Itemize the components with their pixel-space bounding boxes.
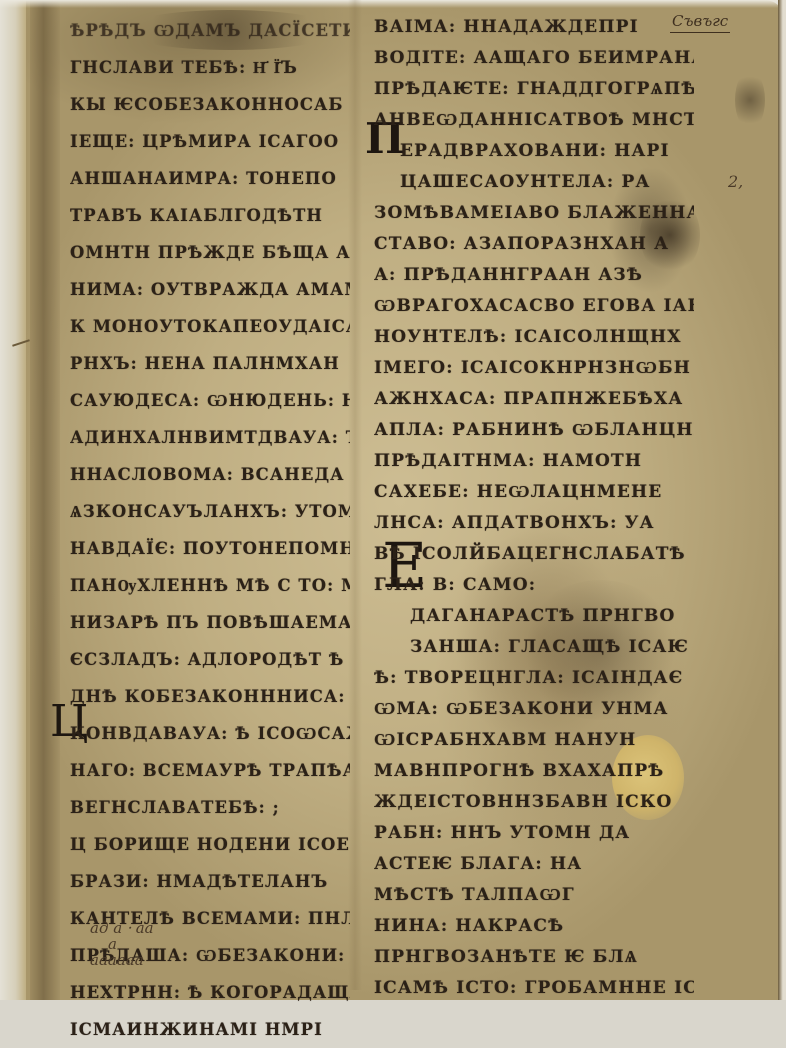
text-line: вѣ ісолйбацегнслабатѣ: [374, 539, 694, 570]
text-line: адинхалнвимтдвауа: то: [70, 419, 350, 456]
text-line: ѧзконсауъланхъ: утомі: [70, 493, 350, 530]
text-line: ісамѣ істо: гробамнне ісо: [374, 973, 694, 1000]
scribble-line: ад а ⸱ аа: [90, 920, 154, 936]
pen-trial-scribbles: ад а ⸱ аа а аааааа: [90, 920, 154, 968]
text-line: ставо: азапоразнхан а: [374, 229, 694, 260]
text-line: водіте: аащаго беимрана: [374, 43, 694, 74]
text-line: вегнславатебѣ: ;: [70, 789, 350, 826]
text-line: кы ѥсобезаконносаб: [70, 86, 350, 123]
column-gutter: [348, 0, 362, 990]
page-left-edge: [0, 0, 26, 1000]
text-line: ѣ: творецнгла: ісаіндає: [374, 663, 694, 694]
text-line: конвдавауа: ѣ ісоѡсажде: [70, 715, 350, 752]
text-line: ннасловома: всанеда агн: [70, 456, 350, 493]
text-line: рабн: ннъ утомн да: [374, 818, 694, 849]
text-line: сауюдеса: ѡнюдень: нев: [70, 382, 350, 419]
text-line: низарѣ пъ повѣшаемаѣ: [70, 604, 350, 641]
text-line: нима: оутвражда амам: [70, 271, 350, 308]
text-line: ѡісрабнхавм нанун: [374, 725, 694, 756]
text-line: рнхъ: нена палнмхан: [70, 345, 350, 382]
text-line: лнса: апдатвонхъ: уа: [374, 508, 694, 539]
text-line: прѣдаітнма: намотн: [374, 446, 694, 477]
text-line: мавнпрогнѣ вхахапрѣ: [374, 756, 694, 787]
text-line: занша: гласащѣ ісаѥ: [374, 632, 694, 663]
left-text-column: ѣрѣдъ ѡдамъ дасїсетим гнслави тебѣ: н҃ ї…: [70, 12, 350, 1000]
text-line: прѣдаѥте: гнаддгогрѧпѣ: [374, 74, 694, 105]
text-line: ц борище нодени ісое: обадо: [70, 826, 350, 863]
text-line: даганарастѣ прнгво: [374, 601, 694, 632]
text-line: прнгвозанѣте ѥ блѧ: [374, 942, 694, 973]
text-line: ѣрѣдъ ѡдамъ дасїсетим: [70, 12, 350, 49]
text-line: ждеістовннзбавн іско: [374, 787, 694, 818]
text-line: омнтн прѣжде бѣща а: [70, 234, 350, 271]
text-line: днѣ кобезаконнниса: за: [70, 678, 350, 715]
text-line: ажнхаса: прапнжебѣха: [374, 384, 694, 415]
text-line: сахебе: неѡлацнмене: [374, 477, 694, 508]
text-line: імего: ісаісокнрнзнѡбн: [374, 353, 694, 384]
text-line: анвеѡданнісатвоѣ мнстагн: [374, 105, 694, 136]
text-line: ерадвраховани: нарі: [374, 136, 694, 167]
text-line: ѡврагохасасво егова іан: [374, 291, 694, 322]
text-line: єсзладъ: адлородѣт ѣ: [70, 641, 350, 678]
text-line: іеще: црѣмира ісагоо: [70, 123, 350, 160]
text-line: аншанаимра: тонепо: [70, 160, 350, 197]
text-line: нехтрнн: ѣ когорадаща: [70, 974, 350, 1000]
text-line: наго: всемаурѣ трапѣан: [70, 752, 350, 789]
text-line: травъ каіаблгодѣтн: [70, 197, 350, 234]
scribble-line: а: [90, 936, 154, 952]
scribble-line: аааааа: [90, 952, 154, 968]
text-line: ѡма: ѡбезакони унма: [374, 694, 694, 725]
text-line: мѣстѣ талпаѡг: [374, 880, 694, 911]
binding-fold: [30, 0, 60, 1000]
text-line: гнслави тебѣ: н҃ ї҃ъ: [70, 49, 350, 86]
text-line: зомѣвамеіаво блаженна: [374, 198, 694, 229]
text-line: навдаїє: поутонепомнит: [70, 530, 350, 567]
text-line: а: прѣданнграан азѣ: [374, 260, 694, 291]
ink-stain: [735, 70, 765, 130]
text-line: апла: рабнинѣ ѡбланцнн: [374, 415, 694, 446]
text-line: ваіма: ннадаждепрі: [374, 12, 694, 43]
right-text-column: ваіма: ннадаждепрі водіте: аащаго беимра…: [374, 12, 694, 1000]
text-line: гла: в: само:: [374, 570, 694, 601]
text-line: ноунтелѣ: ісаісолнщнх: [374, 322, 694, 353]
text-line: цашесаоунтела: ра: [374, 167, 694, 198]
text-line: панѹхленнѣ мѣ с то: мрав: [70, 567, 350, 604]
text-line: брази: нмадѣтеланъ: [70, 863, 350, 900]
text-line: нина: накрасѣ: [374, 911, 694, 942]
manuscript-page: Съвъгс 2, П Е Ц ѣрѣдъ ѡдамъ дасїсетим гн…: [0, 0, 786, 1000]
text-line: астеѥ блага: на: [374, 849, 694, 880]
page-right-edge: [778, 0, 786, 1000]
folio-number: 2,: [728, 172, 743, 191]
page-top-edge: [0, 0, 786, 8]
text-line: к моноутокапеоудаіса: [70, 308, 350, 345]
